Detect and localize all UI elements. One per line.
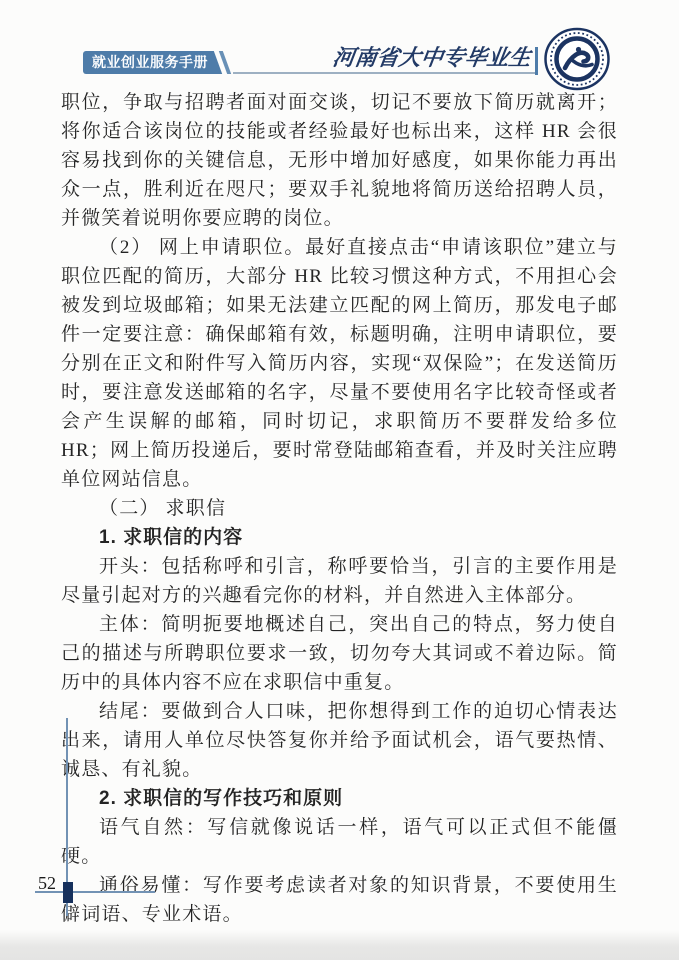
page-edge-shadow — [0, 930, 679, 960]
paragraph: （二） 求职信 — [61, 494, 618, 523]
header-banner: 就业创业服务手册 — [83, 51, 222, 74]
section-heading: 2. 求职信的写作技巧和原则 — [61, 784, 618, 813]
paragraph: （2） 网上申请职位。最好直接点击“申请该职位”建立与职位匹配的简历，大部分 H… — [61, 233, 618, 494]
header-tick-divider — [535, 47, 538, 75]
page-number: 52 — [38, 873, 56, 894]
emblem-logo-icon — [544, 26, 610, 92]
scanned-book-page: 就业创业服务手册 河南省大中专毕业生 职位，争取与招聘者面对面交谈，切记不要放下… — [0, 0, 679, 960]
header-rule — [233, 72, 536, 74]
page-body-text: 职位，争取与招聘者面对面交谈，切记不要放下简历就离开；将你适合该岗位的技能或者经… — [61, 88, 618, 929]
footer-accent-block — [63, 882, 73, 903]
paragraph: 通俗易懂：写作要考虑读者对象的知识背景，不要使用生僻词语、专业术语。 — [61, 871, 618, 929]
paragraph: 开头：包括称呼和引言，称呼要恰当，引言的主要作用是尽量引起对方的兴趣看完你的材料… — [61, 552, 618, 610]
paragraph: 职位，争取与招聘者面对面交谈，切记不要放下简历就离开；将你适合该岗位的技能或者经… — [61, 88, 618, 233]
header-calligraphy-title: 河南省大中专毕业生 — [331, 41, 533, 72]
paragraph: 语气自然：写信就像说话一样，语气可以正式但不能僵硬。 — [61, 813, 618, 871]
paragraph: 结尾：要做到合人口味，把你想得到工作的迫切心情表达出来，请用人单位尽快答复你并给… — [61, 697, 618, 784]
paragraph: 主体：简明扼要地概述自己，突出自己的特点，努力使自己的描述与所聘职位要求一致，切… — [61, 610, 618, 697]
section-heading: 1. 求职信的内容 — [61, 523, 618, 552]
